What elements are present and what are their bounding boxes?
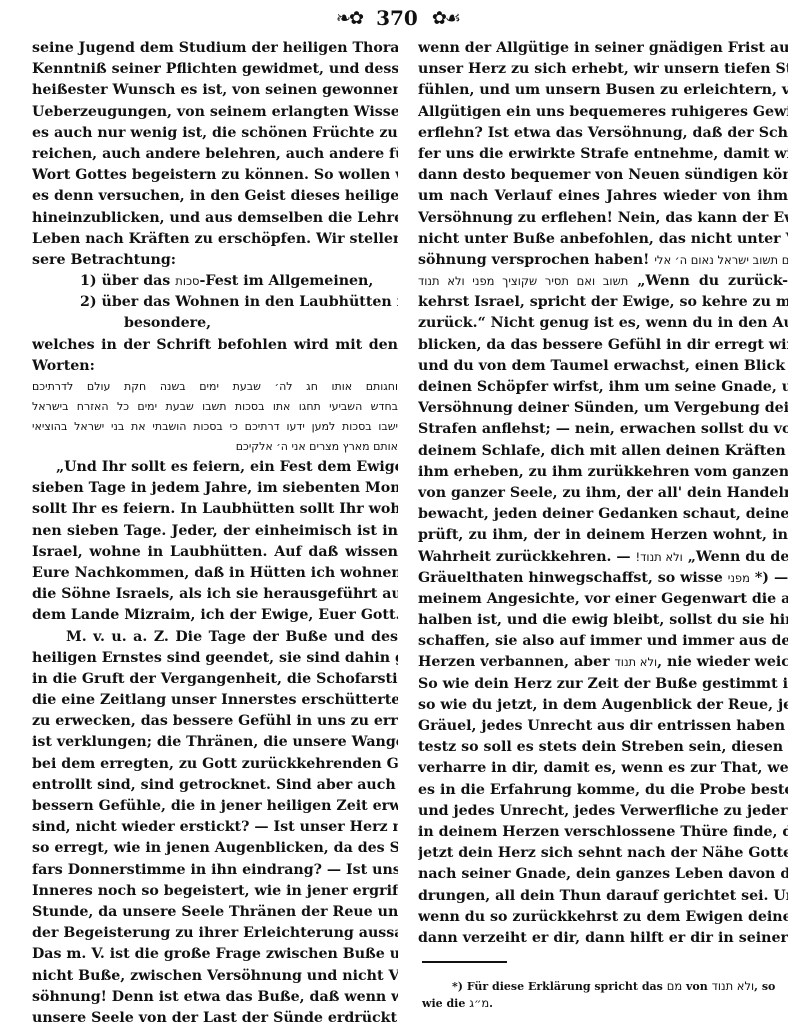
footnote-line: wie die מ״ג.	[422, 995, 788, 1012]
mixed-line: Herzen verbannen, aber ולא תנוד, nie wie…	[418, 652, 788, 673]
text-line: ist verklungen; die Thränen, die unsere …	[32, 732, 398, 753]
text-line: unser Herz zu sich erhebt, wir unsern ti…	[418, 59, 788, 80]
text-line: heiligen Ernstes sind geendet, sie sind …	[32, 648, 398, 669]
text-line: Gräuel, jedes Unrecht aus dir entrissen …	[418, 716, 788, 737]
footnote-text: von	[686, 980, 708, 993]
list-item-2: 2) über das Wohnen in den Laubhütten ins…	[32, 292, 398, 313]
text-line: bei dem erregten, zu Gott zurückkehrende…	[32, 754, 398, 775]
text-line: und du von dem Taumel erwachst, einen Bl…	[418, 356, 788, 377]
hebrew-scripture-quote: וחגותם אותו חג לה׳ שבעת ימים בשנה חקת עו…	[32, 377, 398, 457]
hebrew-text: ולא תנוד!	[636, 550, 683, 564]
german-text: „Wenn du deine	[688, 549, 788, 565]
text-line: fer uns die erwirkte Strafe entnehme, da…	[418, 144, 788, 165]
german-text: Wahrheit zurückkehren. —	[418, 549, 631, 565]
footnote-text: .	[489, 997, 493, 1010]
footnote-text: Für diese Erklärung spricht das	[467, 980, 663, 993]
text-line: M. v. u. a. Z. Die Tage der Buße und des	[32, 627, 398, 648]
list-item-2-cont: besondere,	[32, 313, 398, 334]
translation-line: „Und Ihr sollt es feiern, ein Fest dem E…	[32, 457, 398, 478]
list-prefix: 1) über das	[80, 273, 170, 289]
text-line: Inneres noch so begeistert, wie in jener…	[32, 881, 398, 902]
text-line: Das m. V. ist die große Frage zwischen B…	[32, 944, 398, 965]
text-line: Versöhnung zu erflehen! Nein, das kann d…	[418, 208, 788, 229]
text-line: zu erwecken, das bessere Gefühl in uns z…	[32, 711, 398, 732]
hebrew-line: ישבו בסכות למען ידעו דרתיכם כי בסכות הוש…	[32, 417, 398, 437]
translation-line: nen sieben Tage. Jeder, der einheimisch …	[32, 521, 398, 542]
hebrew-text: אם תשוב ישראל נאום ה׳ אלי	[654, 253, 788, 267]
text-line: so erregt, wie in jenen Augenblicken, da…	[32, 838, 398, 859]
page-header: ❧✿ 370 ✿☙	[0, 4, 795, 32]
text-line: bewacht, jeden deiner Gedanken schaut, d…	[418, 504, 788, 525]
footnote-text: , so	[754, 980, 775, 993]
text-line: hineinzublicken, und aus demselben die L…	[32, 208, 398, 229]
german-text: söhnung versprochen haben!	[418, 252, 649, 268]
text-line: Leben nach Kräften zu erschöpfen. Wir st…	[32, 229, 398, 250]
text-line: So wie dein Herz zur Zeit der Buße gesti…	[418, 674, 788, 695]
text-line: drungen, all dein Thun darauf gerichtet …	[418, 886, 788, 907]
text-line: dann verzeiht er dir, dann hilft er dir …	[418, 928, 788, 949]
text-line: fühlen, und um unsern Busen zu erleichte…	[418, 80, 788, 101]
mixed-line: Wahrheit zurückkehren. — ולא תנוד! „Wenn…	[418, 547, 788, 568]
text-line: es in die Erfahrung komme, du die Probe …	[418, 780, 788, 801]
hebrew-line: וחגותם אותו חג לה׳ שבעת ימים בשנה חקת עו…	[32, 377, 398, 397]
list-item-1: 1) über das סכות-Fest im Allgemeinen,	[32, 271, 398, 292]
text-line: sind, nicht wieder erstickt? — Ist unser…	[32, 817, 398, 838]
ornament-left-icon: ❧✿	[336, 8, 362, 29]
text-line: unsere Seele von der Last der Sünde erdr…	[32, 1008, 398, 1029]
hebrew-text: מפני	[728, 571, 750, 585]
hebrew-line: אותם מארץ מצרים אני ה׳ אלקיכם	[32, 437, 398, 457]
right-column: wenn der Allgütige in seiner gnädigen Fr…	[418, 38, 788, 949]
footnote-marker: *)	[452, 980, 463, 993]
text-line: meinem Angesichte, vor einer Gegenwart d…	[418, 589, 788, 610]
german-text: Gräuelthaten hinwegschaffst, so wisse	[418, 570, 723, 586]
translation-line: die Söhne Israels, als ich sie herausgef…	[32, 584, 398, 605]
text-line: zurück.“ Nicht genug ist es, wenn du in …	[418, 313, 788, 334]
text-line: Wort Gottes begeistern zu können. So wol…	[32, 165, 398, 186]
hebrew-line: בחדש השביעי תחגו אתו בסכות תשבו שבעת ימי…	[32, 397, 398, 417]
text-line: in deinem Herzen verschlossene Thüre fin…	[418, 822, 788, 843]
text-line: testz so soll es stets dein Streben sein…	[418, 737, 788, 758]
text-line: Kenntniß seiner Pflichten gewidmet, und …	[32, 59, 398, 80]
hebrew-text: ולא תנוד	[712, 979, 755, 993]
text-line: deinen Schöpfer wirfst, ihm um seine Gna…	[418, 377, 788, 398]
text-line: Strafen anflehst; — nein, erwachen solls…	[418, 419, 788, 440]
hebrew-text: ולא תנוד	[615, 655, 658, 669]
mixed-line: söhnung versprochen haben! אם תשוב ישראל…	[418, 250, 788, 271]
text-line: deinem Schlafe, dich mit allen deinen Kr…	[418, 441, 788, 462]
text-line: heißester Wunsch es ist, von seinen gewo…	[32, 80, 398, 101]
mixed-line: תשוב ואם תסיר שקוציך מפני ולא תנוד „Wenn…	[418, 271, 788, 292]
text-line: halben ist, und die ewig bleibt, sollst …	[418, 610, 788, 631]
translation-line: dem Lande Mizraim, ich der Ewige, Euer G…	[32, 605, 398, 626]
text-line: prüft, zu ihm, der in deinem Herzen wohn…	[418, 525, 788, 546]
text-line: ihm erheben, zu ihm zurükkehren vom ganz…	[418, 462, 788, 483]
page-number: 370	[376, 6, 418, 30]
footnote-ref[interactable]: *) — vor	[755, 570, 788, 586]
text-line: nicht unter Buße anbefohlen, das nicht u…	[418, 229, 788, 250]
text-line: um nach Verlauf eines Jahres wieder von …	[418, 186, 788, 207]
text-line: seine Jugend dem Studium der heiligen Th…	[32, 38, 398, 59]
text-line: Versöhnung deiner Sünden, um Vergebung d…	[418, 398, 788, 419]
hebrew-text: מ״ג	[469, 996, 489, 1010]
text-line: schaffen, sie also auf immer und immer a…	[418, 631, 788, 652]
text-line: fars Donnerstimme in ihn eindrang? — Ist…	[32, 860, 398, 881]
text-line: verharre in dir, damit es, wenn es zur T…	[418, 758, 788, 779]
text-line: wenn der Allgütige in seiner gnädigen Fr…	[418, 38, 788, 59]
text-line: von ganzer Seele, zu ihm, der all' dein …	[418, 483, 788, 504]
text-line: Worten:	[32, 356, 398, 377]
translation-line: Eure Nachkommen, daß in Hütten ich wohne…	[32, 563, 398, 584]
translation-line: Israel, wohne in Laubhütten. Auf daß wis…	[32, 542, 398, 563]
hebrew-text: מם	[667, 979, 682, 993]
text-line: der Begeisterung zu ihrer Erleichterung …	[32, 923, 398, 944]
text-line: in die Gruft der Vergangenheit, die Scho…	[32, 669, 398, 690]
text-line: erflehn? Ist etwa das Versöhnung, daß de…	[418, 123, 788, 144]
footnote: *) Für diese Erklärung spricht das מם vo…	[422, 978, 788, 1012]
text-line: Allgütigen ein uns bequemeres ruhigeres …	[418, 102, 788, 123]
text-line: es auch nur wenig ist, die schönen Früch…	[32, 123, 398, 144]
text-line: so wie du jetzt, in dem Augenblick der R…	[418, 695, 788, 716]
text-line: jetzt dein Herz sich sehnt nach der Nähe…	[418, 843, 788, 864]
translation-line: sieben Tage in jedem Jahre, im siebenten…	[32, 478, 398, 499]
text-line: entrollt sind, sind getrocknet. Sind abe…	[32, 775, 398, 796]
footnote-divider	[422, 961, 507, 963]
text-line: nach seiner Gnade, dein ganzes Leben dav…	[418, 864, 788, 885]
text-line: kehrst Israel, spricht der Ewige, so keh…	[418, 292, 788, 313]
ornament-right-icon: ✿☙	[432, 8, 459, 29]
hebrew-word: סכות	[175, 274, 199, 288]
text-line: Stunde, da unsere Seele Thränen der Reue…	[32, 902, 398, 923]
text-line: söhnung! Denn ist etwa das Buße, daß wen…	[32, 987, 398, 1008]
footnote-text: wie die	[422, 997, 465, 1010]
text-line: welches in der Schrift befohlen wird mit…	[32, 335, 398, 356]
list-suffix: -Fest im Allgemeinen,	[200, 273, 374, 289]
text-line: blicken, da das bessere Gefühl in dir er…	[418, 335, 788, 356]
mixed-line: Gräuelthaten hinwegschaffst, so wisse מפ…	[418, 568, 788, 589]
left-column: seine Jugend dem Studium der heiligen Th…	[32, 38, 398, 1029]
text-line: die eine Zeitlang unser Innerstes erschü…	[32, 690, 398, 711]
hebrew-text: תשוב ואם תסיר שקוציך מפני ולא תנוד	[418, 274, 628, 288]
german-text: „Wenn du zurück-	[637, 273, 788, 289]
text-line: reichen, auch andere belehren, auch ande…	[32, 144, 398, 165]
translation-line: sollt Ihr es feiern. In Laubhütten sollt…	[32, 499, 398, 520]
text-line: bessern Gefühle, die in jener heiligen Z…	[32, 796, 398, 817]
footnote-line: *) Für diese Erklärung spricht das מם vo…	[422, 978, 788, 995]
text-line: es denn versuchen, in den Geist dieses h…	[32, 186, 398, 207]
text-line: dann desto bequemer von Neuen sündigen k…	[418, 165, 788, 186]
german-text: , nie wieder weichen!	[657, 654, 788, 670]
text-line: wenn du so zurückkehrst zu dem Ewigen de…	[418, 907, 788, 928]
german-text: Herzen verbannen, aber	[418, 654, 610, 670]
text-line: nicht Buße, zwischen Versöhnung und nich…	[32, 966, 398, 987]
text-line: Ueberzeugungen, von seinem erlangten Wis…	[32, 102, 398, 123]
text-line: sere Betrachtung:	[32, 250, 398, 271]
text-line: und jedes Unrecht, jedes Verwerfliche zu…	[418, 801, 788, 822]
